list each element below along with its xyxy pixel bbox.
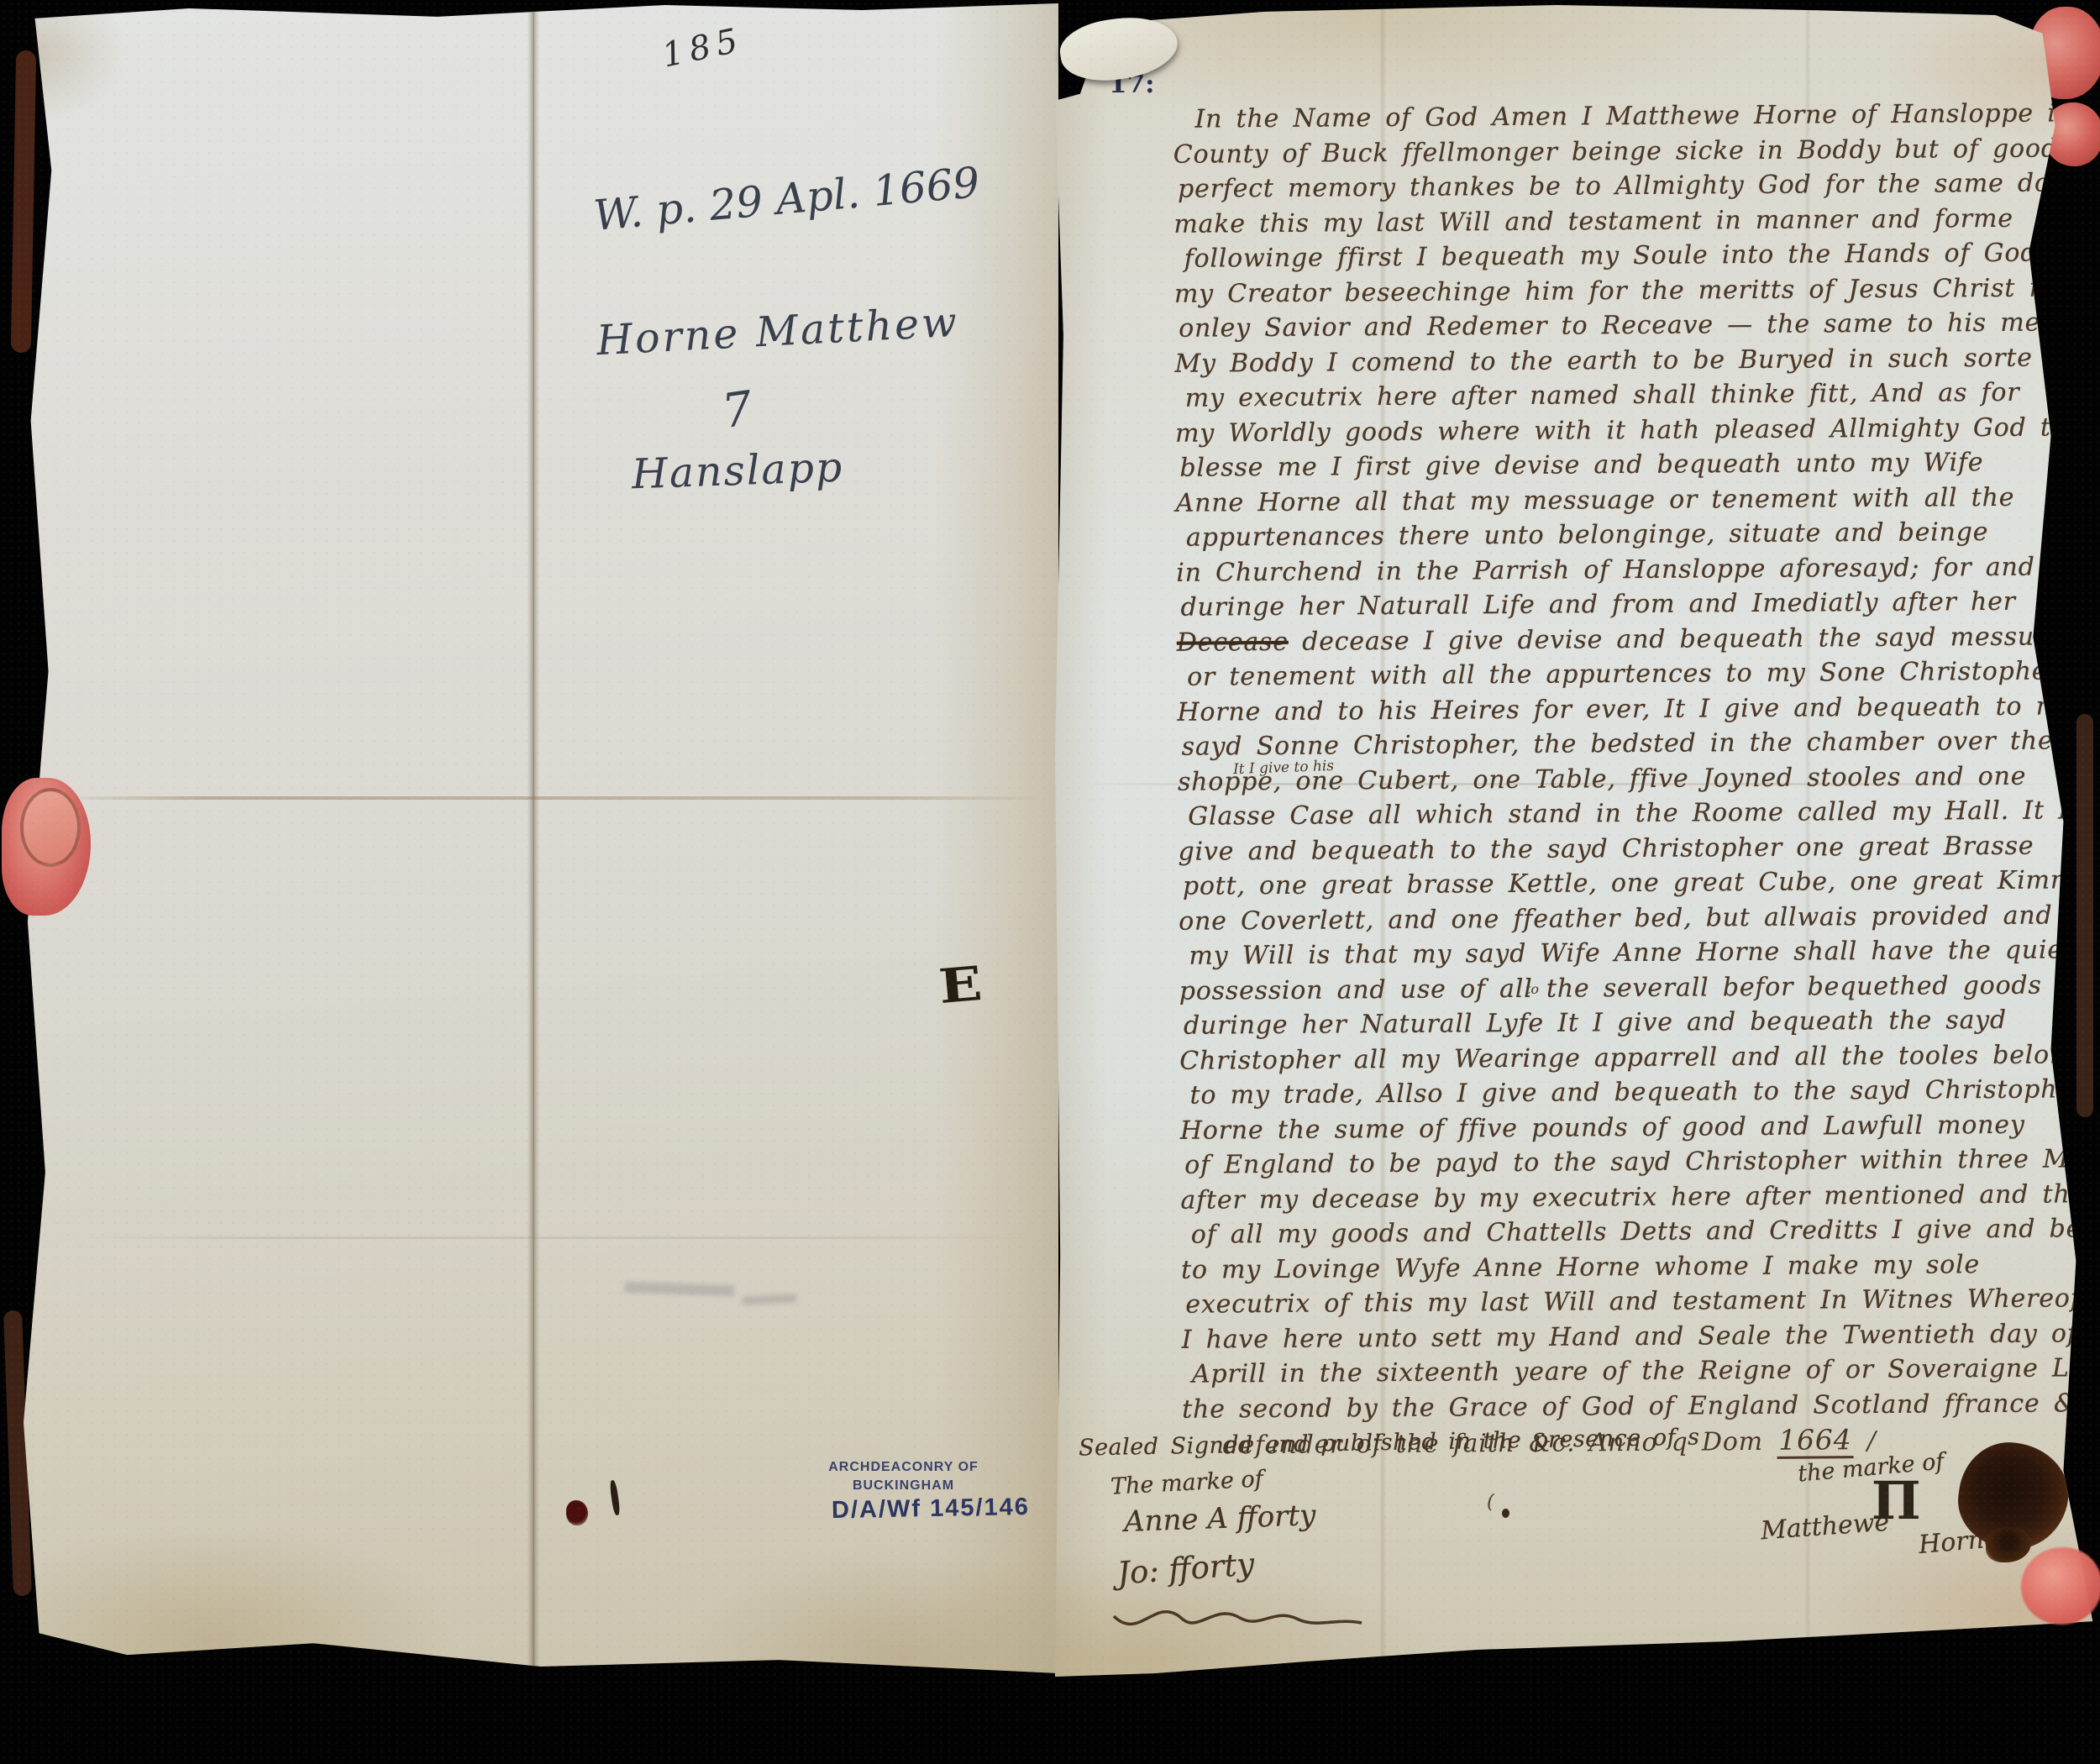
will-line: the second by the Grace of God of Englan… (1182, 1386, 2091, 1427)
archivist-page-number: 185 (659, 20, 747, 75)
will-body-text: In the Name of God Amen I Matthewe Horne… (1173, 96, 2091, 1463)
witness-mark-caption: The marke of (1110, 1466, 1263, 1499)
horizontal-crease (57, 796, 1048, 800)
will-line: of England to be payd to the sayd Christ… (1184, 1142, 2089, 1183)
testator-forename: Matthewe (1760, 1508, 1890, 1546)
archive-reference-number: D/A/Wf 145/146 (832, 1494, 1030, 1525)
paper-edge-sliver (11, 50, 36, 353)
ink-speck-dot (1502, 1509, 1509, 1518)
photograph-stage: 185 W. p. 29 Apl. 1669 Horne Matthew 7 H… (0, 0, 2100, 1764)
signature-flourish (1105, 1593, 1383, 1643)
wax-spot (566, 1500, 588, 1525)
testator-mark-glyph: Π (1872, 1470, 1921, 1531)
archive-stamp-line1: ARCHDEACONRY OF (805, 1460, 1002, 1475)
will-line: Aprill in the sixteenth yeare of the Rei… (1192, 1351, 2091, 1392)
will-line: executrix of this my last Will and testa… (1185, 1281, 2090, 1322)
probate-date-annotation: W. p. 29 Apl. 1669 (591, 158, 981, 240)
witness-signature-jo-forty: Jo: fforty (1116, 1546, 1256, 1591)
will-line: pott, one great brasse Kettle, one great… (1183, 863, 2087, 904)
will-line: perfect memory thankes be to Allmighty G… (1178, 165, 2082, 207)
will-line: appurtenances there unto belonginge, sit… (1186, 514, 2085, 555)
wax-seal-lobe (1986, 1527, 2031, 1562)
will-line: followinge ffirst I bequeath my Soule in… (1184, 235, 2083, 276)
will-line: or tenement with all the appurtences to … (1187, 654, 2086, 695)
ink-speck-curve: ( (1487, 1492, 1494, 1513)
will-line: onley Savior and Redemer to Receave — th… (1179, 305, 2083, 346)
paper-slit (609, 1480, 621, 1516)
parish-annotation: Hanslapp (631, 444, 844, 499)
will-line: to my trade, Allso I give and bequeath t… (1189, 1072, 2088, 1113)
clerk-monogram: E (937, 956, 984, 1015)
right-page: 17: In the Name of God Amen I Matthewe H… (1055, 0, 2100, 1677)
paper-edge-sliver (2076, 714, 2093, 1117)
will-line: Glasse Case all which stand in the Roome… (1188, 793, 2087, 834)
witness-signature-anne-forty: Anne A fforty (1123, 1499, 1316, 1539)
will-line: my executrix here after named shall thin… (1185, 375, 2084, 416)
interlineation-1: It I give to his (1233, 758, 1335, 778)
will-line: In the Name of God Amen I Matthewe Horne… (1194, 96, 2082, 137)
horizontal-crease (74, 1236, 1040, 1239)
gutter-fold-crease (528, 3, 539, 1673)
will-line: my Will is that my sayd Wife Anne Horne … (1189, 932, 2087, 974)
testator-name-annotation: Horne Matthew (596, 298, 960, 365)
ink-bleed-smudge (625, 1282, 734, 1297)
will-line: duringe her Naturall Lyfe It I give and … (1184, 1002, 2088, 1043)
thumbnail (20, 788, 81, 867)
anno-domini-year: 1664 (1777, 1423, 1853, 1459)
flourish-separator: 7 (719, 381, 756, 439)
left-page: 185 W. p. 29 Apl. 1669 Horne Matthew 7 H… (24, 3, 1058, 1673)
ink-bleed-smudge (743, 1294, 796, 1305)
interlineation-2: to (1525, 981, 1539, 997)
will-line: duringe her Naturall Life and from and I… (1180, 584, 2085, 625)
will-line: of all my goods and Chattells Detts and … (1191, 1211, 2090, 1252)
final-line-suffix: / (1853, 1426, 1876, 1456)
fingertip-bottom-right (2021, 1547, 2100, 1625)
archive-stamp-line2: BUCKINGHAM (805, 1478, 1002, 1494)
will-line: blesse me I first give devise and bequea… (1179, 444, 2084, 486)
